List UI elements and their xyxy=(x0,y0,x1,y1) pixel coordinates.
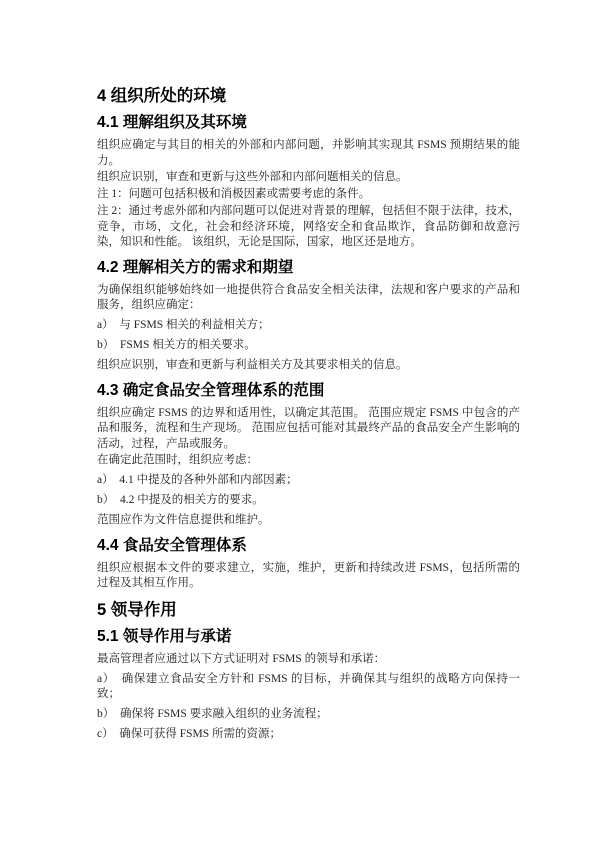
list-item: a） 4.1 中提及的各种外部和内部因素； xyxy=(97,473,520,489)
paragraph: 组织应识别，审查和更新与这些外部和内部问题相关的信息。 xyxy=(97,170,520,186)
document-content: 4 组织所处的环境4.1 理解组织及其环境组织应确定与其目的相关的外部和内部问题… xyxy=(97,86,520,743)
paragraph: 组织应识别，审查和更新与利益相关方及其要求相关的信息。 xyxy=(97,358,520,374)
paragraph: 范围应作为文件信息提供和维护。 xyxy=(97,513,520,529)
document-section: 4.1 理解组织及其环境组织应确定与其目的相关的外部和内部问题，并影响其实现其 … xyxy=(97,113,520,251)
note-paragraph: 注 2：通过考虑外部和内部问题可以促进对背景的理解，包括但不限于法律，技术，竞争… xyxy=(97,204,520,251)
document-section: 5.1 领导作用与承诺最高管理者应通过以下方式证明对 FSMS 的领导和承诺：a… xyxy=(97,627,520,743)
list-item: a） 与 FSMS 相关的利益相关方； xyxy=(97,318,520,334)
paragraph: 为确保组织能够始终如一地提供符合食品安全相关法律，法规和客户要求的产品和服务，组… xyxy=(97,283,520,314)
subclause-heading: 4.4 食品安全管理体系 xyxy=(97,536,520,555)
list-item: b） FSMS 相关方的相关要求。 xyxy=(97,338,520,354)
subclause-heading: 4.2 理解相关方的需求和期望 xyxy=(97,258,520,277)
paragraph: 组织应确定与其目的相关的外部和内部问题，并影响其实现其 FSMS 预期结果的能力… xyxy=(97,138,520,169)
list-item: a） 确保建立食品安全方针和 FSMS 的目标，并确保其与组织的战略方向保持一致… xyxy=(97,672,520,703)
list-item: b） 4.2 中提及的相关方的要求。 xyxy=(97,493,520,509)
note-paragraph: 注 1：问题可包括积极和消极因素或需要考虑的条件。 xyxy=(97,187,520,203)
paragraph: 在确定此范围时，组织应考虑： xyxy=(97,453,520,469)
list-item: c） 确保可获得 FSMS 所需的资源； xyxy=(97,727,520,743)
document-page: 4 组织所处的环境4.1 理解组织及其环境组织应确定与其目的相关的外部和内部问题… xyxy=(0,0,600,850)
document-section: 4.4 食品安全管理体系组织应根据本文件的要求建立，实施，维护，更新和持续改进 … xyxy=(97,536,520,592)
list-item: b） 确保将 FSMS 要求融入组织的业务流程； xyxy=(97,707,520,723)
subclause-heading: 4.1 理解组织及其环境 xyxy=(97,113,520,132)
document-section: 5 领导作用 xyxy=(97,600,520,620)
subclause-heading: 4.3 确定食品安全管理体系的范围 xyxy=(97,381,520,400)
document-section: 4 组织所处的环境 xyxy=(97,86,520,106)
clause-heading: 4 组织所处的环境 xyxy=(97,86,520,106)
subclause-heading: 5.1 领导作用与承诺 xyxy=(97,627,520,646)
paragraph: 组织应根据本文件的要求建立，实施，维护，更新和持续改进 FSMS，包括所需的过程… xyxy=(97,561,520,592)
document-section: 4.2 理解相关方的需求和期望为确保组织能够始终如一地提供符合食品安全相关法律，… xyxy=(97,258,520,374)
paragraph: 最高管理者应通过以下方式证明对 FSMS 的领导和承诺： xyxy=(97,652,520,668)
clause-heading: 5 领导作用 xyxy=(97,600,520,620)
document-section: 4.3 确定食品安全管理体系的范围组织应确定 FSMS 的边界和适用性，以确定其… xyxy=(97,381,520,529)
paragraph: 组织应确定 FSMS 的边界和适用性，以确定其范围。 范围应规定 FSMS 中包… xyxy=(97,406,520,453)
